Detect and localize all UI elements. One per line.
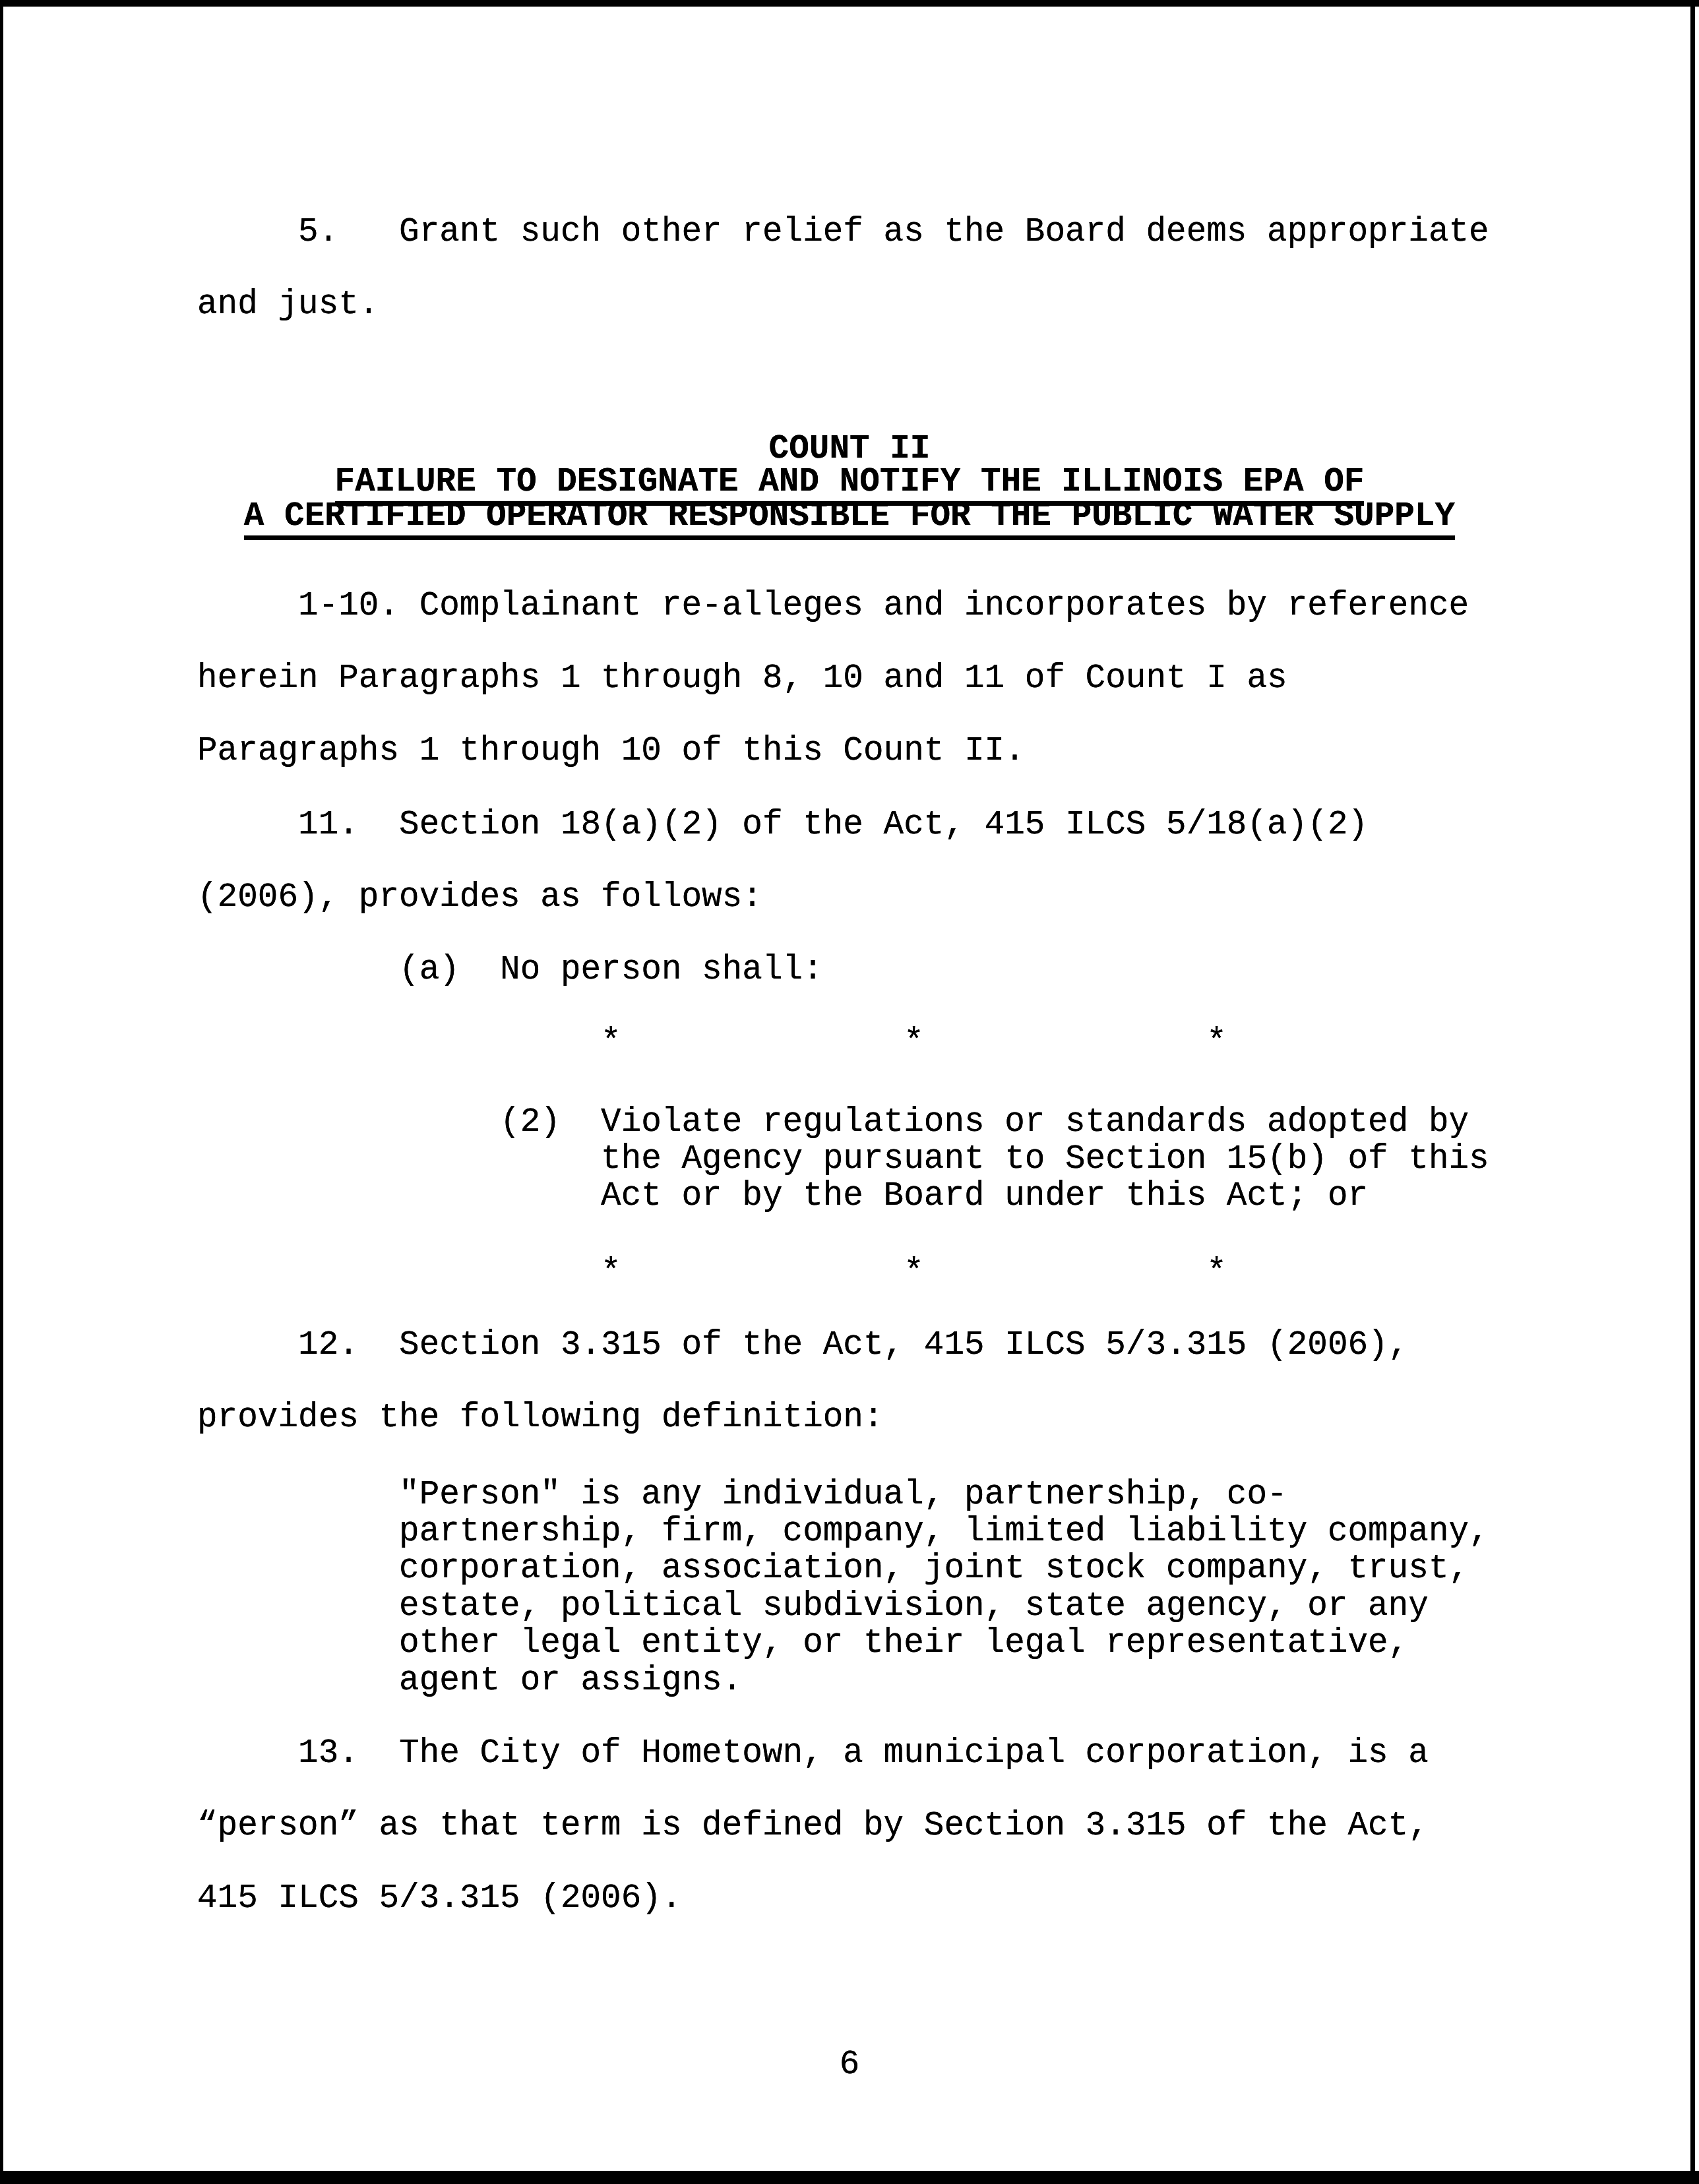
- count-ii-heading: COUNT II: [0, 433, 1699, 466]
- definition-quote-line-5: other legal entity, or their legal repre…: [197, 1627, 1408, 1660]
- subsection-2-line-3: Act or by the Board under this Act; or: [197, 1180, 1368, 1213]
- paragraph-1-10-line-3: Paragraphs 1 through 10 of this Count II…: [197, 735, 1025, 768]
- definition-quote-line-4: estate, political subdivision, state age…: [197, 1590, 1429, 1623]
- paragraph-13-line-3: 415 ILCS 5/3.315 (2006).: [197, 1882, 682, 1916]
- definition-quote-line-6: agent or assigns.: [197, 1664, 742, 1698]
- paragraph-13-line-1: 13. The City of Hometown, a municipal co…: [197, 1737, 1429, 1771]
- document-page: 5. Grant such other relief as the Board …: [0, 0, 1699, 2184]
- count-ii-title-line-2: A CERTIFIED OPERATOR RESPONSIBLE FOR THE…: [0, 500, 1699, 533]
- paragraph-1-10-line-1: 1-10. Complainant re-alleges and incorpo…: [197, 590, 1469, 623]
- asterisk-separator-2: * * *: [197, 1256, 1227, 1290]
- paragraph-5-line-1: 5. Grant such other relief as the Board …: [197, 216, 1489, 249]
- paragraph-12-line-1: 12. Section 3.315 of the Act, 415 ILCS 5…: [197, 1329, 1408, 1362]
- scan-edge-top: [0, 0, 1699, 7]
- paragraph-11-line-2: (2006), provides as follows:: [197, 881, 762, 915]
- paragraph-13-line-2: “person” as that term is defined by Sect…: [197, 1809, 1429, 1843]
- subsection-2-line-1: (2) Violate regulations or standards ado…: [197, 1106, 1469, 1139]
- definition-quote-line-3: corporation, association, joint stock co…: [197, 1552, 1469, 1586]
- paragraph-11-line-1: 11. Section 18(a)(2) of the Act, 415 ILC…: [197, 808, 1368, 842]
- paragraph-12-line-2: provides the following definition:: [197, 1401, 884, 1435]
- paragraph-1-10-line-2: herein Paragraphs 1 through 8, 10 and 11…: [197, 662, 1287, 696]
- scan-edge-left: [0, 0, 3, 2184]
- scan-edge-bottom: [0, 2171, 1699, 2184]
- page-number: 6: [0, 2048, 1699, 2082]
- count-ii-title-line-2-text: A CERTIFIED OPERATOR RESPONSIBLE FOR THE…: [244, 498, 1455, 540]
- subsection-a-line: (a) No person shall:: [197, 954, 823, 987]
- definition-quote-line-2: partnership, firm, company, limited liab…: [197, 1515, 1489, 1549]
- count-ii-title-line-1: FAILURE TO DESIGNATE AND NOTIFY THE ILLI…: [0, 466, 1699, 499]
- definition-quote-line-1: "Person" is any individual, partnership,…: [197, 1478, 1287, 1512]
- subsection-2-line-2: the Agency pursuant to Section 15(b) of …: [197, 1143, 1489, 1176]
- scan-edge-right: [1690, 0, 1695, 2184]
- asterisk-separator-1: * * *: [197, 1026, 1227, 1060]
- paragraph-5-line-2: and just.: [197, 288, 379, 322]
